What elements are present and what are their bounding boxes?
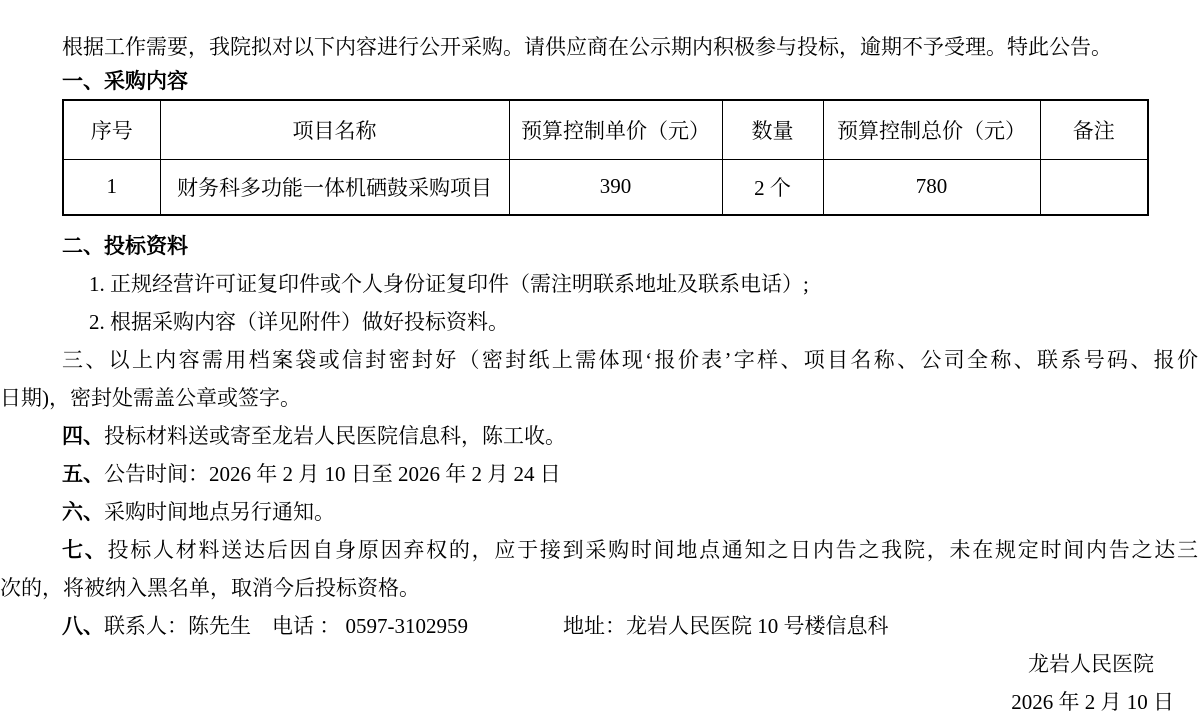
header-total-price: 预算控制总价（元） [823,100,1040,159]
contact-info: 联系人：陈先生 电话 ： 0597-3102959 [104,614,468,638]
cell-seq: 1 [63,159,160,215]
section-four: 四、投标材料送或寄至龙岩人民医院信息科，陈工收。 [0,417,1200,455]
cell-remark [1040,159,1148,215]
document-body: 二、投标资料 1. 正规经营许可证复印件或个人身份证复印件（需注明联系地址及联系… [0,227,1200,721]
section-one-title: 一、采购内容 [0,68,1200,94]
cell-quantity: 2 个 [722,159,823,215]
signature-date: 2026 年 2 月 10 日 [0,683,1200,721]
section-six-text: 采购时间地点另行通知。 [104,500,335,524]
header-remark: 备注 [1040,100,1148,159]
purchase-items-table: 序号 项目名称 预算控制单价（元） 数量 预算控制总价（元） 备注 1 财务科多… [62,99,1149,216]
header-unit-price: 预算控制单价（元） [509,100,722,159]
section-two-item-1: 1. 正规经营许可证复印件或个人身份证复印件（需注明联系地址及联系电话）; [0,265,1200,303]
section-three-line-1: 三、以上内容需用档案袋或信封密封好（密封纸上需体现‘报价表’字样、项目名称、公司… [0,341,1200,379]
section-seven-line-2: 次的，将被纳入黑名单，取消今后投标资格。 [0,569,1200,607]
header-quantity: 数量 [722,100,823,159]
section-six-marker: 六、 [62,500,104,524]
section-four-text: 投标材料送或寄至龙岩人民医院信息科，陈工收。 [104,424,566,448]
section-two-title: 二、投标资料 [0,227,1200,265]
section-five: 五、公告时间：2026 年 2 月 10 日至 2026 年 2 月 24 日 [0,455,1200,493]
cell-project-name: 财务科多功能一体机硒鼓采购项目 [160,159,509,215]
section-three-line-2: 日期)，密封处需盖公章或签字。 [0,379,1200,417]
section-eight-marker: 八、 [62,614,104,638]
procurement-announcement-document: 根据工作需要，我院拟对以下内容进行公开采购。请供应商在公示期内积极参与投标，逾期… [0,0,1200,721]
section-five-text: 公告时间：2026 年 2 月 10 日至 2026 年 2 月 24 日 [104,462,561,486]
section-seven-marker: 七、 [62,538,108,562]
section-six: 六、采购时间地点另行通知。 [0,493,1200,531]
cell-unit-price: 390 [509,159,722,215]
header-seq: 序号 [63,100,160,159]
section-seven-text: 投标人材料送达后因自身原因弃权的，应于接到采购时间地点通知之日内告之我院，未在规… [108,538,1199,562]
intro-paragraph: 根据工作需要，我院拟对以下内容进行公开采购。请供应商在公示期内积极参与投标，逾期… [0,32,1200,62]
header-project-name: 项目名称 [160,100,509,159]
section-two-item-2: 2. 根据采购内容（详见附件）做好投标资料。 [0,303,1200,341]
table-header-row: 序号 项目名称 预算控制单价（元） 数量 预算控制总价（元） 备注 [63,100,1148,159]
section-eight: 八、联系人：陈先生 电话 ： 0597-3102959地址：龙岩人民医院 10 … [0,607,1200,645]
table-row: 1 财务科多功能一体机硒鼓采购项目 390 2 个 780 [63,159,1148,215]
address-info: 地址：龙岩人民医院 10 号楼信息科 [563,614,889,638]
section-four-marker: 四、 [62,424,104,448]
cell-total-price: 780 [823,159,1040,215]
section-seven-line-1: 七、投标人材料送达后因自身原因弃权的，应于接到采购时间地点通知之日内告之我院，未… [0,531,1200,569]
signature-organization: 龙岩人民医院 [0,645,1200,683]
section-five-marker: 五、 [62,462,104,486]
